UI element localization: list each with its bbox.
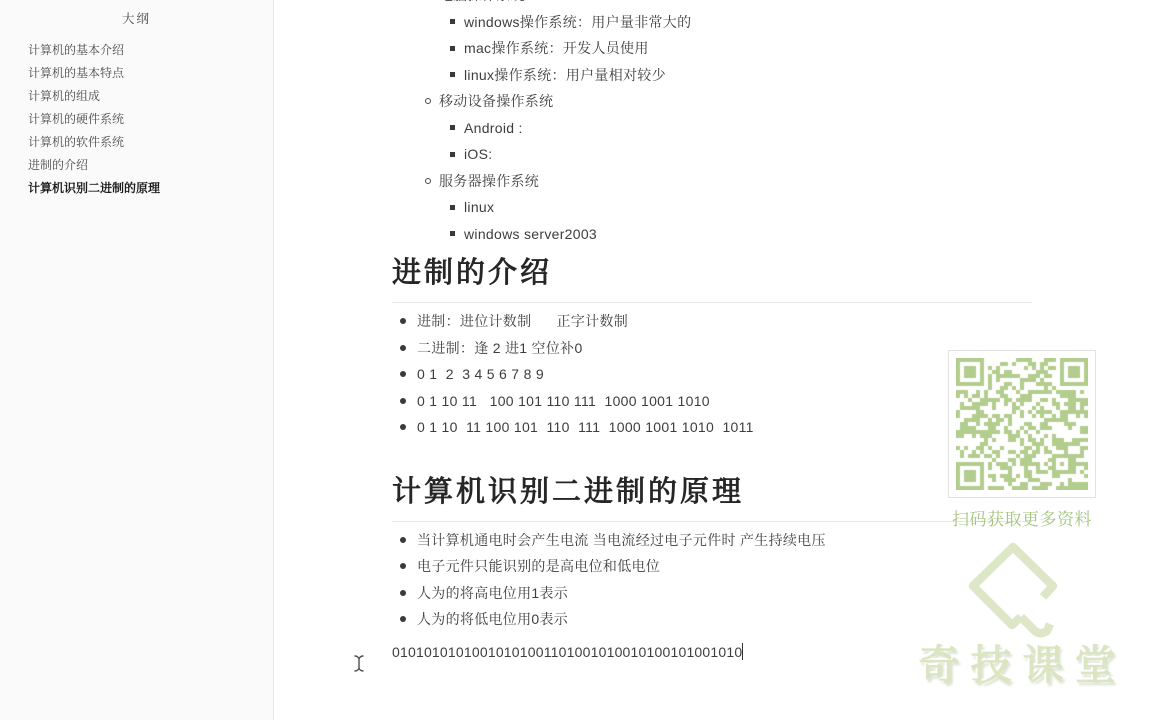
list-item: 当计算机通电时会产生电流 当电流经过电子元件时 产生持续电压 [392, 527, 1032, 554]
app-window: 大纲 计算机的基本介绍 计算机的基本特点 计算机的组成 计算机的硬件系统 计算机… [0, 0, 1152, 720]
list-item: 0 1 10 11 100 101 110 111 1000 1001 1010 [392, 388, 1032, 415]
circle-bullet-icon [425, 98, 431, 104]
binary-bullet-list: 当计算机通电时会产生电流 当电流经过电子元件时 产生持续电压 电子元件只能识别的… [392, 527, 1032, 633]
square-bullet-icon [450, 125, 455, 130]
square-bullet-icon [450, 231, 455, 236]
disc-bullet-icon [400, 318, 406, 324]
list-item-android: Android : [392, 115, 1032, 142]
list-item-label: 当计算机通电时会产生电流 当电流经过电子元件时 产生持续电压 [417, 530, 826, 550]
outline-sidebar: 大纲 计算机的基本介绍 计算机的基本特点 计算机的组成 计算机的硬件系统 计算机… [0, 0, 274, 720]
list-item-label: 0 1 10 11 100 101 110 111 1000 1001 1010… [417, 419, 754, 435]
list-item: 电子元件只能识别的是高电位和低电位 [392, 553, 1032, 580]
list-item-server-linux: linux [392, 194, 1032, 221]
list-item-label: Android : [464, 120, 523, 136]
sidebar-item-computer-compose[interactable]: 计算机的组成 [0, 85, 273, 108]
sidebar-item-software-system[interactable]: 计算机的软件系统 [0, 131, 273, 154]
list-item: 0 1 2 3 4 5 6 7 8 9 [392, 361, 1032, 388]
list-item-label: 移动设备操作系统 [439, 91, 553, 111]
text-caret [742, 643, 743, 660]
section-heading-jinzhi: 进制的介绍 [392, 255, 1032, 303]
list-item-server-windows: windows server2003 [392, 221, 1032, 248]
square-bullet-icon [450, 205, 455, 210]
qr-caption: 扫码获取更多资料 [945, 505, 1099, 530]
list-item-label: 服务器操作系统 [439, 171, 539, 191]
qr-code-box [948, 350, 1096, 498]
list-item-label: 0 1 2 3 4 5 6 7 8 9 [417, 366, 544, 382]
list-item-windows: windows操作系统：用户量非常大的 [392, 9, 1032, 36]
list-item: 二进制：逢 2 进1 空位补0 [392, 335, 1032, 362]
disc-bullet-icon [400, 398, 406, 404]
disc-bullet-icon [400, 616, 406, 622]
list-item-label: 0 1 10 11 100 101 110 111 1000 1001 1010 [417, 393, 710, 409]
list-item: 人为的将高电位用1表示 [392, 580, 1032, 607]
disc-bullet-icon [400, 590, 406, 596]
binary-code-text: 0101010101001010100110100101001010010100… [392, 644, 742, 660]
square-bullet-icon [450, 19, 455, 24]
list-item-label: linux [464, 199, 494, 215]
ibeam-cursor-icon [352, 654, 366, 673]
document-editor[interactable]: 电脑操作系统 windows操作系统：用户量非常大的 mac操作系统：开发人员使… [392, 0, 1032, 662]
outline-list: 计算机的基本介绍 计算机的基本特点 计算机的组成 计算机的硬件系统 计算机的软件… [0, 39, 273, 200]
list-item-label: 电脑操作系统 [439, 0, 525, 5]
list-item-label: iOS: [464, 146, 492, 162]
sidebar-item-jinzhi-intro[interactable]: 进制的介绍 [0, 154, 273, 177]
list-item-label: windows server2003 [464, 226, 597, 242]
disc-bullet-icon [400, 371, 406, 377]
list-item-mobile-os: 移动设备操作系统 [392, 88, 1032, 115]
disc-bullet-icon [400, 424, 406, 430]
disc-bullet-icon [400, 345, 406, 351]
circle-bullet-icon [425, 178, 431, 184]
list-item-label: 进制：进位计数制 正字计数制 [417, 311, 628, 331]
outline-title: 大纲 [0, 9, 273, 27]
sidebar-item-computer-intro[interactable]: 计算机的基本介绍 [0, 39, 273, 62]
list-item: 人为的将低电位用0表示 [392, 606, 1032, 633]
sidebar-item-binary-principle[interactable]: 计算机识别二进制的原理 [0, 177, 273, 200]
list-item: 0 1 10 11 100 101 110 111 1000 1001 1010… [392, 414, 1032, 441]
section-heading-binary: 计算机识别二进制的原理 [392, 474, 1032, 522]
disc-bullet-icon [400, 537, 406, 543]
list-item-mac: mac操作系统：开发人员使用 [392, 35, 1032, 62]
list-item-clipped: 电脑操作系统 [392, 0, 1032, 9]
brand-watermark-text: 奇技课堂 [915, 643, 1130, 687]
qr-code-image [956, 358, 1088, 490]
brand-logo-icon [955, 535, 1065, 647]
square-bullet-icon [450, 72, 455, 77]
sidebar-item-computer-features[interactable]: 计算机的基本特点 [0, 62, 273, 85]
list-item: 进制：进位计数制 正字计数制 [392, 308, 1032, 335]
list-item-label: 电子元件只能识别的是高电位和低电位 [417, 556, 660, 576]
list-item-label: 二进制：逢 2 进1 空位补0 [417, 338, 583, 358]
list-item-label: mac操作系统：开发人员使用 [464, 38, 649, 58]
sidebar-item-hardware-system[interactable]: 计算机的硬件系统 [0, 108, 273, 131]
list-item-label: windows操作系统：用户量非常大的 [464, 12, 691, 32]
list-item-label: linux操作系统：用户量相对较少 [464, 65, 666, 85]
list-item-server-os: 服务器操作系统 [392, 168, 1032, 195]
disc-bullet-icon [400, 563, 406, 569]
list-item-label: 人为的将低电位用0表示 [417, 609, 568, 629]
list-item-linux: linux操作系统：用户量相对较少 [392, 62, 1032, 89]
list-item-ios: iOS: [392, 141, 1032, 168]
jinzhi-bullet-list: 进制：进位计数制 正字计数制 二进制：逢 2 进1 空位补0 0 1 2 3 4… [392, 308, 1032, 441]
square-bullet-icon [450, 152, 455, 157]
square-bullet-icon [450, 46, 455, 51]
list-item-label: 人为的将高电位用1表示 [417, 583, 568, 603]
